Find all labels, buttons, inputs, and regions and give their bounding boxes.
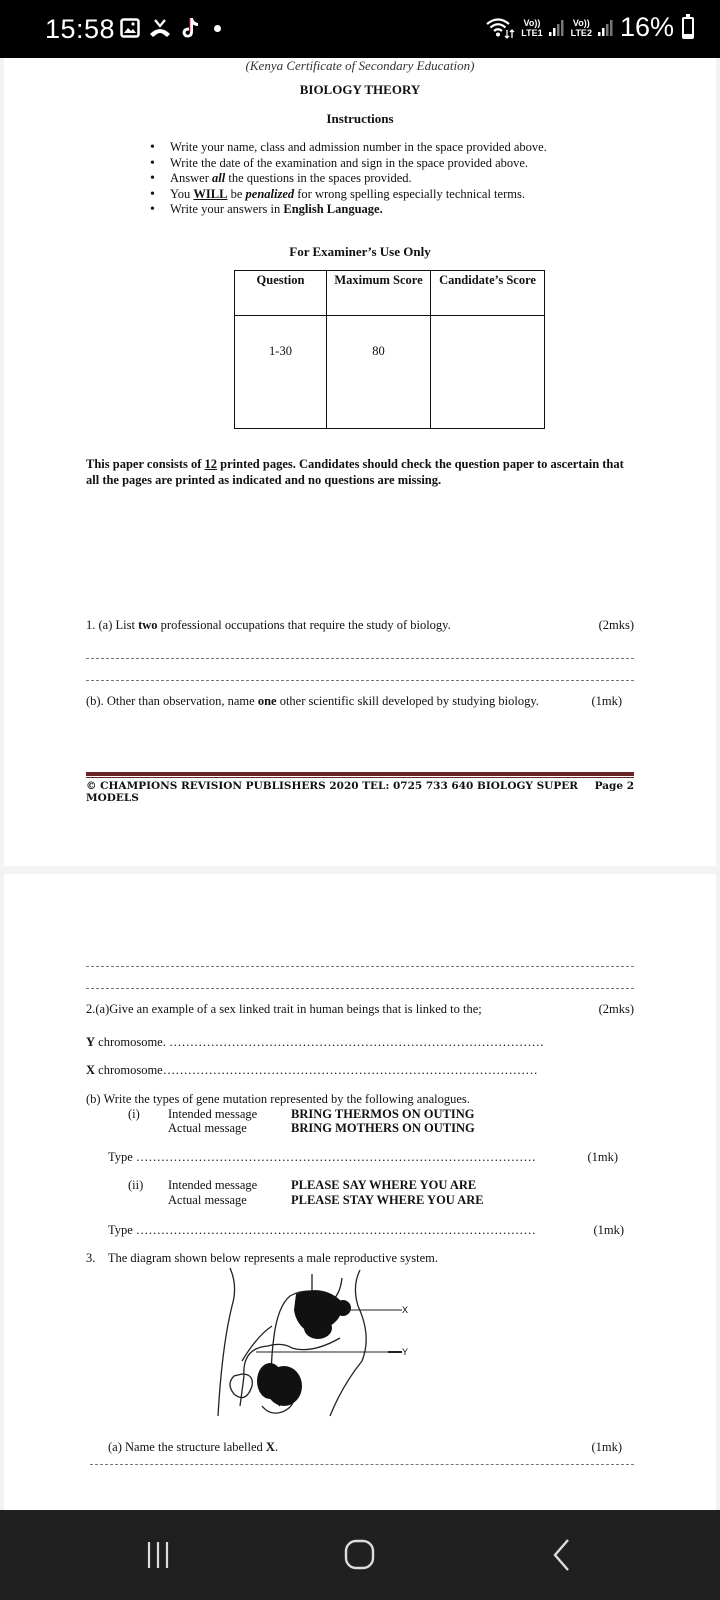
marks: (1mk) (587, 1150, 618, 1165)
instruction-item: Write the date of the examination and si… (150, 156, 547, 172)
sim2-indicator: Vo)) LTE2 (571, 18, 592, 38)
exam-body-subtitle: (Kenya Certificate of Secondary Educatio… (4, 58, 716, 74)
table-cell: 1-30 (235, 316, 327, 429)
instruction-item: Answer all the questions in the spaces p… (150, 171, 547, 187)
instructions-list: Write your name, class and admission num… (150, 140, 547, 218)
answer-line (86, 988, 634, 989)
battery-percent: 16% (620, 12, 674, 43)
question-2b: (b) Write the types of gene mutation rep… (86, 1092, 634, 1107)
notification-icons (120, 17, 221, 39)
signal-icon-sim2 (598, 19, 614, 37)
missed-call-icon (148, 18, 172, 38)
footer-rule (86, 772, 634, 776)
paper-pages-note: This paper consists of 12 printed pages.… (86, 456, 626, 488)
gallery-icon (120, 18, 140, 38)
wifi-icon (485, 17, 515, 39)
question-1b: (b). Other than observation, name one ot… (86, 694, 634, 709)
home-icon (344, 1539, 376, 1571)
recent-apps-button[interactable] (98, 1510, 218, 1600)
home-button[interactable] (300, 1510, 420, 1600)
table-row: 1-30 80 (235, 316, 545, 429)
instruction-item: Write your answers in English Language. (150, 202, 547, 218)
answer-line (90, 1464, 634, 1465)
page-number: Page 2 (595, 780, 634, 792)
answer-line (86, 966, 634, 967)
footer-rule (86, 777, 634, 778)
table-header: Maximum Score (327, 271, 431, 316)
dot-icon (214, 25, 221, 32)
table-header: Question (235, 271, 327, 316)
svg-text:X: X (402, 1305, 408, 1315)
marks: (2mks) (599, 618, 634, 633)
table-header: Candidate’s Score (431, 271, 545, 316)
type-answer-ii[interactable]: Type …………………………………………………………………………………… (1… (108, 1223, 624, 1238)
page-footer: © CHAMPIONS REVISION PUBLISHERS 2020 TEL… (86, 780, 634, 804)
type-answer-i[interactable]: Type …………………………………………………………………………………… (1… (108, 1150, 618, 1165)
marks: (1mk) (591, 1440, 622, 1455)
question-2a: 2.(a)Give an example of a sex linked tra… (86, 1002, 634, 1017)
clock: 15:58 (45, 14, 115, 45)
answer-line (86, 680, 634, 681)
x-chromosome-answer[interactable]: X chromosome…………………………………………………………………………… (86, 1063, 538, 1078)
back-button[interactable] (502, 1510, 622, 1600)
y-chromosome-answer[interactable]: Y chromosome. ……………………………………………………………………… (86, 1035, 544, 1050)
instruction-item: You WILL be penalized for wrong spelling… (150, 187, 547, 203)
recent-apps-icon (143, 1540, 173, 1570)
answer-line (86, 658, 634, 659)
document-page-2[interactable]: 2.(a)Give an example of a sex linked tra… (4, 874, 716, 1514)
system-icons: Vo)) LTE1 Vo)) LTE2 16% (485, 12, 694, 43)
back-icon (551, 1538, 573, 1572)
subject-title: BIOLOGY THEORY (4, 82, 716, 98)
navigation-bar (0, 1510, 720, 1600)
tiktok-icon (180, 17, 200, 39)
status-bar: 15:58 Vo)) LTE1 (0, 0, 720, 58)
table-cell: 80 (327, 316, 431, 429)
battery-icon (682, 17, 694, 39)
signal-icon-sim1 (549, 19, 565, 37)
instructions-title: Instructions (4, 111, 716, 127)
examiner-table-title: For Examiner’s Use Only (4, 244, 716, 260)
male-reproductive-system-diagram: X Y (212, 1266, 417, 1421)
marks: (1mk) (593, 1223, 624, 1238)
instruction-item: Write your name, class and admission num… (150, 140, 547, 156)
marks: (2mks) (599, 1002, 634, 1017)
question-1a: 1. (a) List two professional occupations… (86, 618, 634, 633)
table-cell (431, 316, 545, 429)
document-page-1[interactable]: (Kenya Certificate of Secondary Educatio… (4, 58, 716, 866)
svg-text:Y: Y (402, 1347, 408, 1357)
question-3: 3. The diagram shown below represents a … (86, 1251, 634, 1266)
sim1-indicator: Vo)) LTE1 (521, 18, 542, 38)
question-3a: (a) Name the structure labelled X. (1mk) (108, 1440, 622, 1455)
examiner-score-table: Question Maximum Score Candidate’s Score… (234, 270, 545, 429)
marks: (1mk) (591, 694, 622, 709)
